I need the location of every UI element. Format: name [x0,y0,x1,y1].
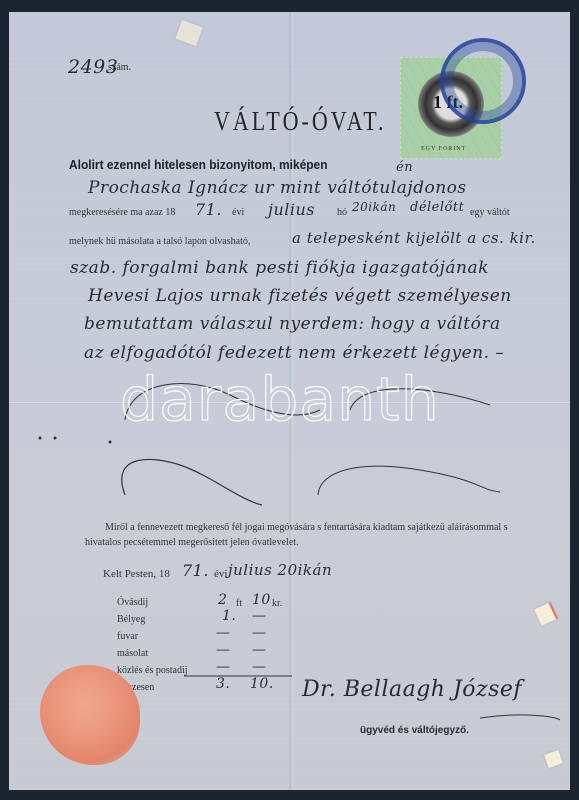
fee-kr-unit: kr. [272,598,282,609]
fee-ft: 2 [218,592,227,608]
fee-label: Óvásdij [117,597,148,608]
fee-kr: — [252,608,267,624]
fee-ft: 3. [216,676,230,692]
fee-label: közlés és postadij [117,665,188,676]
kelt-date: julius 20ikán [228,561,332,579]
kelt-evi: évi [214,568,227,580]
fee-ft: — [216,659,231,675]
fee-label: Bélyeg [117,614,145,625]
fee-kr: — [252,625,267,641]
fee-kr: — [252,642,267,658]
fee-ft: 1. [222,608,236,624]
fee-kr: — [252,659,267,675]
fee-ft: — [216,642,231,658]
fee-label: fuvar [117,631,138,642]
fee-kr: 10 [252,592,271,608]
fee-ft-unit: ft [236,598,242,609]
closing-text: Miről a fennevezett megkereső fél jogai … [85,520,545,550]
fee-ft: — [216,625,231,641]
kelt-year: 71. [182,561,209,580]
kelt-prefix: Kelt Pesten, 18 [103,568,170,580]
watermark: darabanth [120,365,440,435]
signer-title: ügyvéd és váltójegyző. [360,725,469,736]
fee-kr: 10. [250,676,274,692]
signature: Dr. Bellaagh József [302,677,522,702]
fee-label: másolat [117,648,148,659]
